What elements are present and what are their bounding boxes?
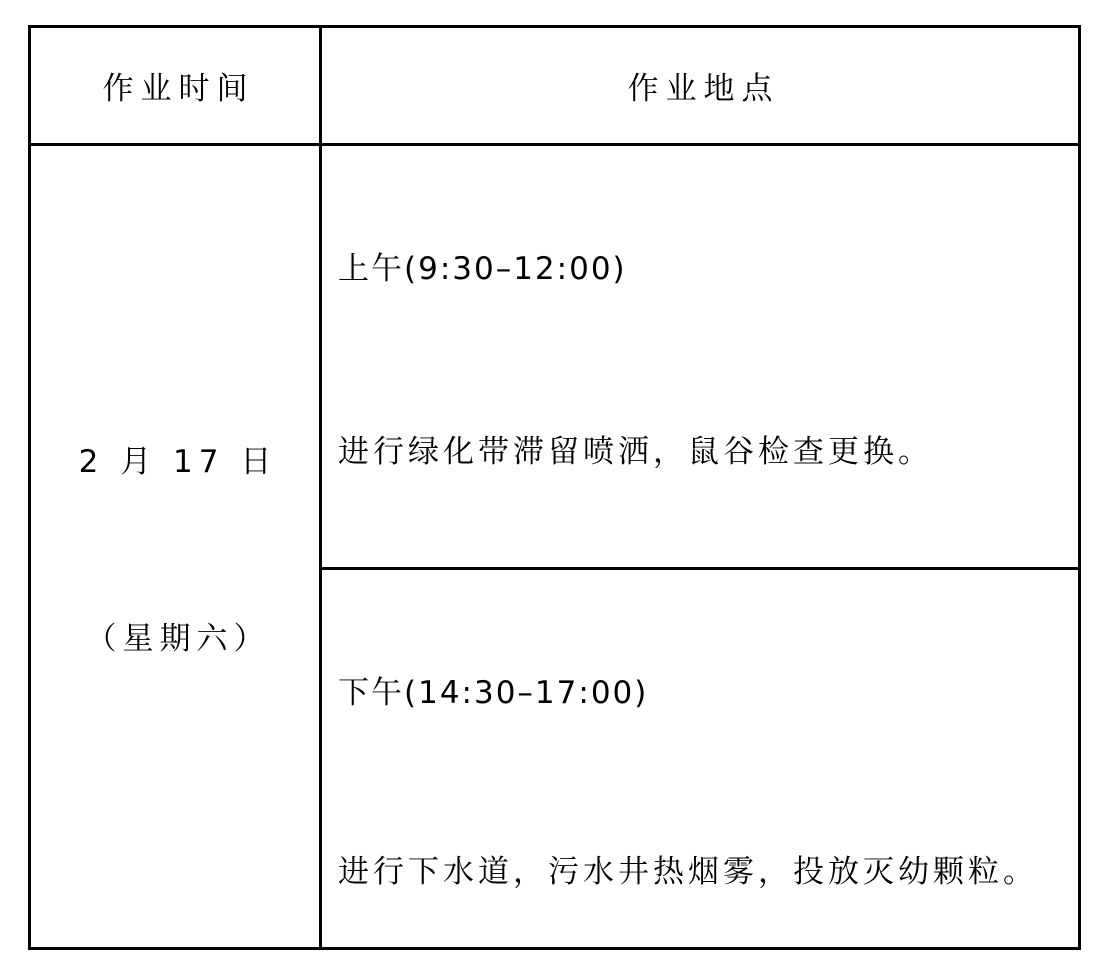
morning-time-text: 上午(9:30–12:00): [338, 243, 1078, 288]
afternoon-time-text: 下午(14:30–17:00): [338, 667, 1078, 712]
date-cell: 2 月 17 日 （星期六）: [30, 145, 321, 949]
document-page: 作业时间 作业地点 2 月 17 日 （星期六） 上午(9:30–12:00) …: [0, 0, 1108, 972]
table-row-morning: 2 月 17 日 （星期六） 上午(9:30–12:00) 进行绿化带滞留喷洒，…: [30, 145, 1080, 569]
table-header-row: 作业时间 作业地点: [30, 27, 1080, 145]
header-cell-work-time: 作业时间: [30, 27, 321, 145]
weekday-text: （星期六）: [80, 613, 271, 658]
morning-task-text: 进行绿化带滞留喷洒，鼠谷检查更换。: [338, 426, 1078, 471]
afternoon-cell: 下午(14:30–17:00) 进行下水道，污水井热烟雾，投放灭幼颗粒。: [321, 569, 1080, 949]
work-schedule-table: 作业时间 作业地点 2 月 17 日 （星期六） 上午(9:30–12:00) …: [28, 25, 1081, 950]
header-cell-work-place: 作业地点: [321, 27, 1080, 145]
afternoon-task-text: 进行下水道，污水井热烟雾，投放灭幼颗粒。: [338, 846, 1078, 891]
date-text: 2 月 17 日: [73, 436, 278, 481]
morning-cell: 上午(9:30–12:00) 进行绿化带滞留喷洒，鼠谷检查更换。: [321, 145, 1080, 569]
